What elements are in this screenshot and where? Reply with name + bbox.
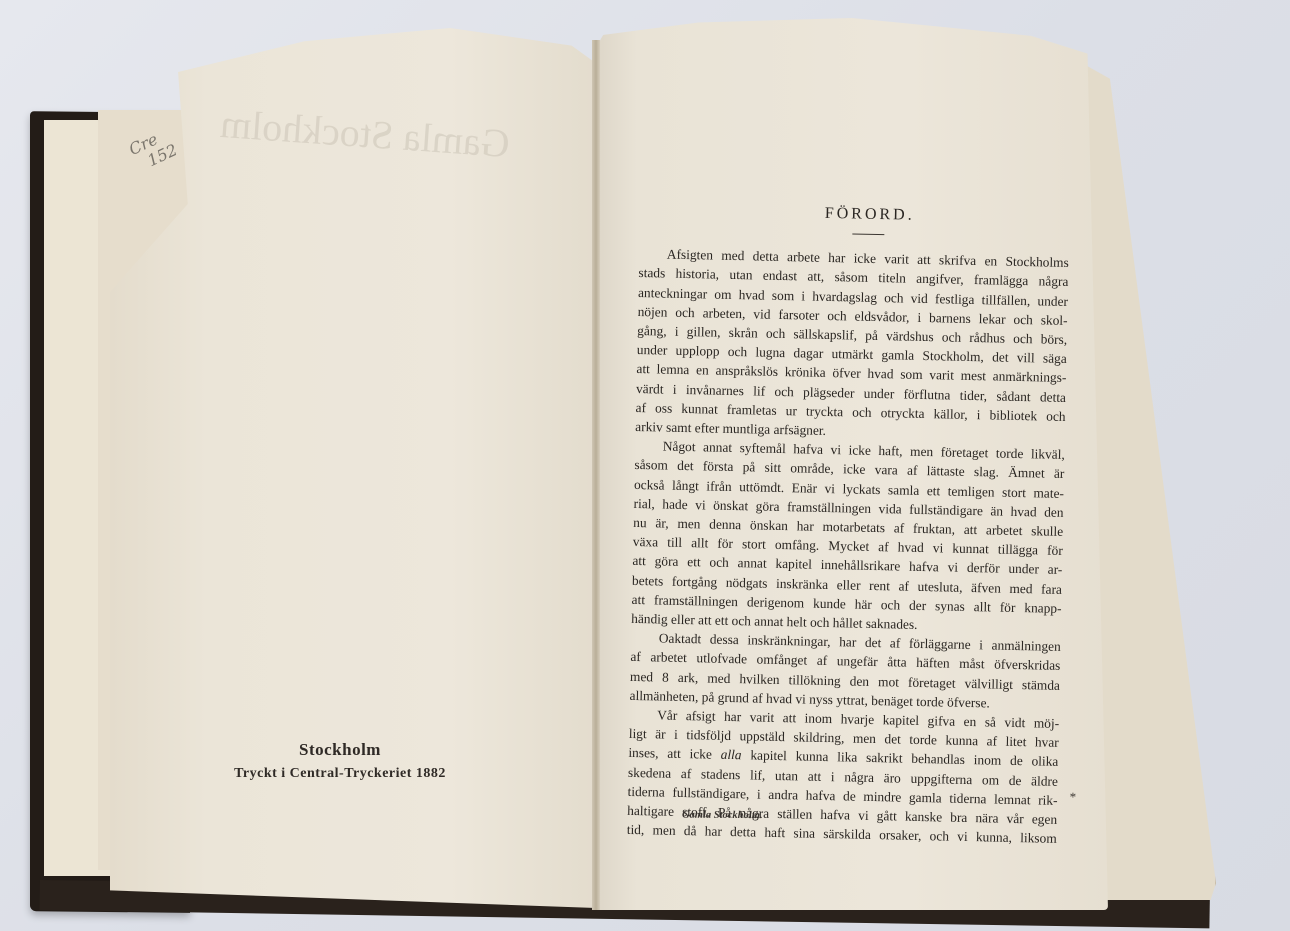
foreword-text: FÖRORD. Afsigten med detta arbete har ic… (627, 200, 1070, 848)
paragraph-2: Något annat syftemål hafva vi icke haft,… (631, 436, 1065, 637)
imprint: Stockholm Tryckt i Central-Tryckeriet 18… (200, 740, 480, 782)
page-footer: Gamla Stockholm. * (682, 805, 1082, 826)
imprint-city: Stockholm (200, 740, 480, 760)
asterisk-mark: * (1070, 789, 1077, 805)
emphasis: alla (721, 747, 742, 762)
paragraph-1: Afsigten med detta arbete har icke varit… (635, 244, 1069, 445)
imprint-printer: Tryckt i Central-Tryckeriet 1882 (200, 766, 480, 782)
paragraph-4: Vår afsigt har varit att inom hvarje kap… (627, 705, 1060, 848)
heading-rule (852, 234, 884, 236)
book-gutter (592, 40, 600, 910)
paragraph-3: Oaktadt dessa inskränkningar, har det af… (629, 628, 1061, 714)
signature-mark: Gamla Stockholm. (682, 810, 763, 822)
